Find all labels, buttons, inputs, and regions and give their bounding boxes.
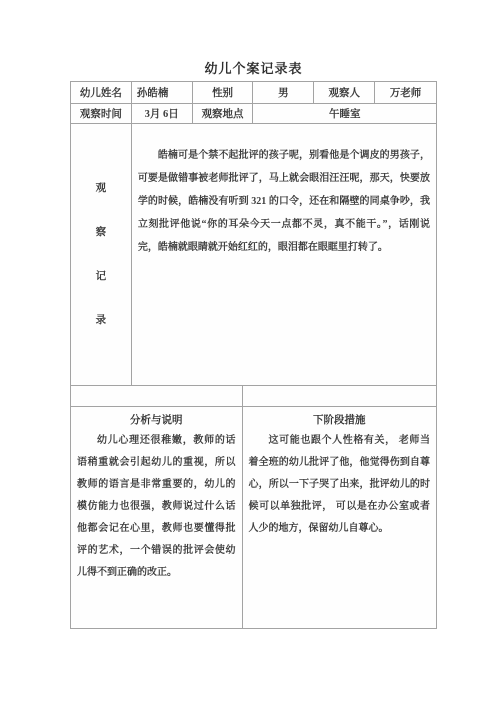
gender-label: 性别	[193, 82, 254, 103]
analysis-text: 幼儿心理还很稚嫩，教师的话语稍重就会引起幼儿的重视，所以教师的语言是非常重要的，…	[77, 430, 236, 584]
header-row-1: 幼儿姓名 孙皓楠 性别 男 观察人 万老师	[71, 82, 436, 104]
observation-row: 观 察 记 录 皓楠可是个禁不起批评的孩子呢，别看他是个调皮的男孩子，可要是做错…	[71, 124, 436, 386]
observe-place-label: 观察地点	[193, 104, 254, 123]
vertical-label-char: 察	[96, 227, 107, 238]
observation-record-cell: 皓楠可是个禁不起批评的孩子呢，别看他是个调皮的男孩子，可要是做错事被老师批评了，…	[132, 124, 436, 385]
observer-label: 观察人	[314, 82, 375, 103]
document-page: 幼儿个案记录表 幼儿姓名 孙皓楠 性别 男 观察人 万老师 观察时间 3月 6日…	[0, 0, 500, 707]
observation-record-text: 皓楠可是个禁不起批评的孩子呢，别看他是个调皮的男孩子，可要是做错事被老师批评了，…	[138, 144, 430, 259]
observer-value: 万老师	[375, 82, 436, 103]
spacer-left-cell	[71, 386, 243, 406]
measures-header: 下阶段措施	[249, 412, 430, 427]
case-record-table: 幼儿姓名 孙皓楠 性别 男 观察人 万老师 观察时间 3月 6日 观察地点 午睡…	[70, 81, 437, 629]
child-name-label: 幼儿姓名	[71, 82, 132, 103]
measures-text: 这可能也跟个人性格有关， 老师当着全班的幼儿批评了他，他觉得伤到自尊心，所以一下…	[249, 430, 430, 540]
measures-cell: 下阶段措施 这可能也跟个人性格有关， 老师当着全班的幼儿批评了他，他觉得伤到自尊…	[243, 407, 436, 628]
gender-value: 男	[253, 82, 314, 103]
spacer-right-cell	[243, 386, 436, 406]
observe-time-value: 3月 6日	[132, 104, 193, 123]
vertical-label-char: 记	[96, 271, 107, 282]
observe-time-label: 观察时间	[71, 104, 132, 123]
observe-place-value: 午睡室	[253, 104, 436, 123]
bottom-row: 分析与说明 幼儿心理还很稚嫩，教师的话语稍重就会引起幼儿的重视，所以教师的语言是…	[71, 407, 436, 628]
vertical-label-char: 观	[96, 183, 107, 194]
analysis-cell: 分析与说明 幼儿心理还很稚嫩，教师的话语稍重就会引起幼儿的重视，所以教师的语言是…	[71, 407, 243, 628]
analysis-header: 分析与说明	[77, 412, 236, 427]
observation-record-label: 观 察 记 录	[71, 124, 132, 385]
child-name-value: 孙皓楠	[132, 82, 193, 103]
vertical-label-char: 录	[96, 315, 107, 326]
spacer-row	[71, 386, 436, 407]
page-title: 幼儿个案记录表	[70, 58, 437, 77]
header-row-2: 观察时间 3月 6日 观察地点 午睡室	[71, 104, 436, 124]
